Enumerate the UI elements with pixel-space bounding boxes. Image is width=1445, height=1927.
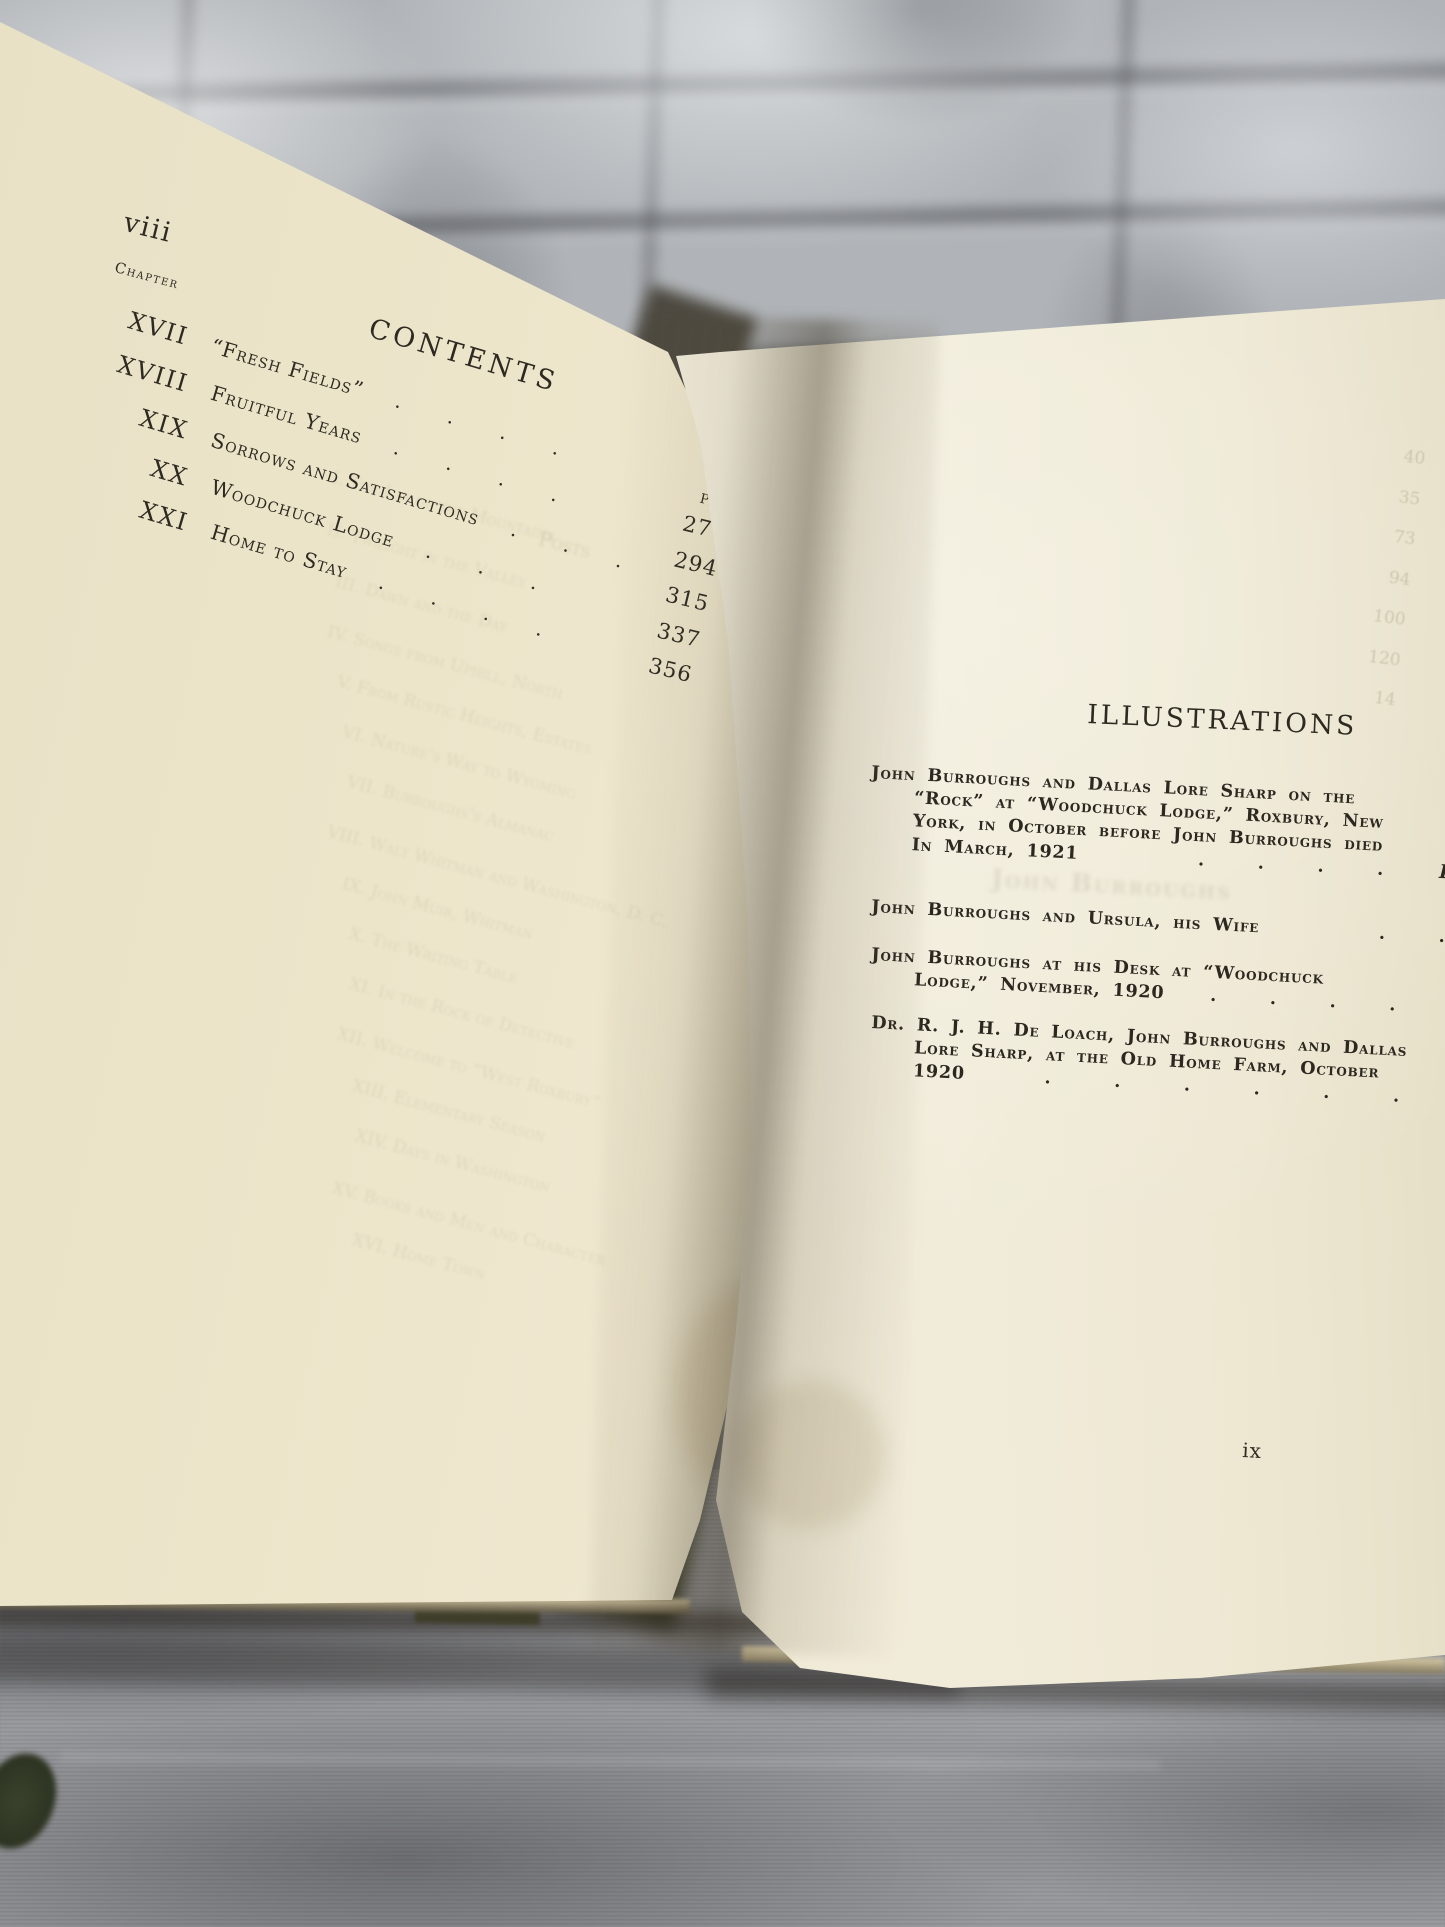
right-folio: ix	[1242, 1438, 1263, 1463]
leader-dots: . .	[1379, 924, 1445, 947]
showthrough-number: 120	[1354, 635, 1403, 681]
chapter-column-label: Chapter	[113, 260, 181, 292]
showthrough-line: XVI. Home Town	[350, 1230, 488, 1285]
showthrough-number: 73	[1369, 514, 1418, 560]
chapter-numeral: XVIII	[86, 342, 192, 398]
entry-line-text: 1920	[912, 1061, 965, 1084]
page-stain	[736, 1380, 886, 1530]
chapter-numeral: XIX	[86, 389, 192, 445]
showthrough-page-numbers: 40 35 73 94 100 120 14	[1349, 434, 1427, 721]
frontispiece-label: Fron	[1439, 861, 1445, 886]
showthrough-number: 35	[1374, 474, 1423, 520]
showthrough-number: 100	[1359, 595, 1408, 641]
chapter-numeral: XVII	[86, 295, 192, 351]
showthrough-number: 94	[1364, 555, 1413, 601]
illustration-entry: Dr. R. J. H. De Loach, John Burroughs an…	[868, 1012, 1445, 1127]
left-folio: viii	[121, 207, 176, 249]
showthrough-line: XV. Books and Men and Character	[330, 1178, 608, 1270]
open-book-photo: I. The Lay of the Mountains II. Twilight…	[0, 0, 1445, 1927]
illustrations-heading: ILLUSTRATIONS	[1087, 699, 1358, 742]
contents-row: XIXSorrows and Satisfactions. . .	[86, 389, 727, 603]
showthrough-number: 40	[1379, 434, 1428, 480]
